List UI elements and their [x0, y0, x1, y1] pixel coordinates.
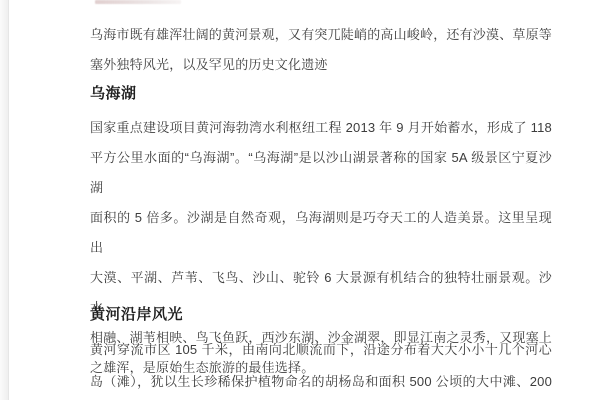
text-line: 平方公里水面的“乌海湖”。“乌海湖”是以沙山湖景著称的国家 5A 级景区宁夏沙湖	[90, 143, 552, 203]
text-line: 黄河穿流市区 105 千米，由南向北顺流而下，沿途分布着大大小小十几个河心	[90, 334, 552, 366]
text-line: 乌海市既有雄浑壮阔的黄河景观，又有突兀陡峭的高山峻岭，还有沙漠、草原等	[90, 20, 552, 50]
river-scenery-paragraph: 黄河穿流市区 105 千米，由南向北顺流而下，沿途分布着大大小小十几个河心 岛（…	[90, 334, 552, 398]
page-left-edge	[0, 0, 9, 400]
section-heading-river-scenery: 黄河沿岸风光	[90, 306, 552, 324]
document-page: 乌海市既有雄浑壮阔的黄河景观，又有突兀陡峭的高山峻岭，还有沙漠、草原等 塞外独特…	[0, 0, 600, 400]
text-line: 塞外独特风光，以及罕见的历史文化遗迹	[90, 50, 552, 80]
intro-paragraph: 乌海市既有雄浑壮阔的黄河景观，又有突兀陡峭的高山峻岭，还有沙漠、草原等 塞外独特…	[90, 20, 552, 80]
section-heading-wuhai-lake: 乌海湖	[90, 85, 552, 103]
text-line: 国家重点建设项目黄河海勃湾水利枢纽工程 2013 年 9 月开始蓄水，形成了 1…	[90, 113, 552, 143]
text-line: 面积的 5 倍多。沙湖是自然奇观，乌海湖则是巧夺天工的人造美景。这里呈现出	[90, 203, 552, 263]
clipped-text-fragment	[95, 0, 181, 4]
text-line: 岛（滩），犹以生长珍稀保护植物命名的胡杨岛和面积 500 公顷的大中滩、200	[90, 366, 552, 398]
